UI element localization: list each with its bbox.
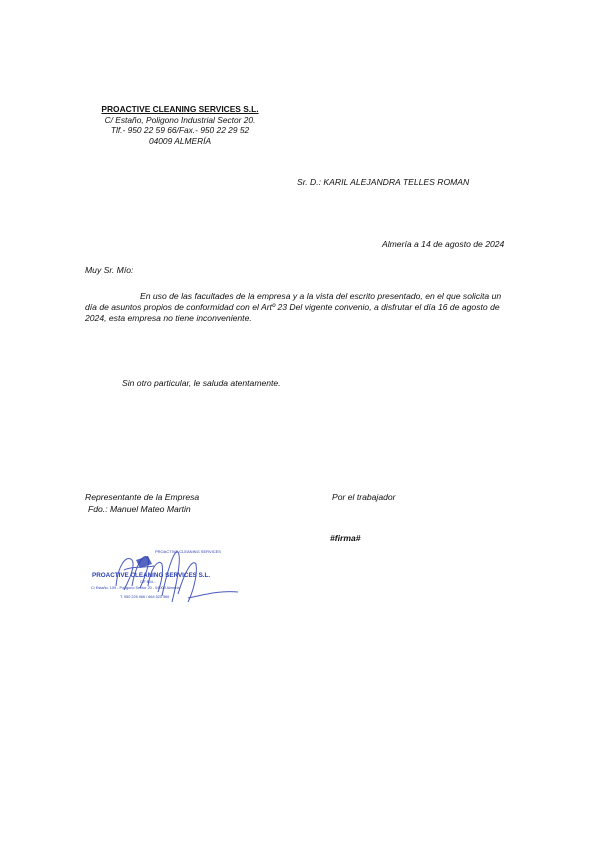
stamp-address: C/ Estaño, 109 - Polígono Sector 20 - 04… [91, 586, 180, 590]
salutation: Muy Sr. Mío: [85, 265, 133, 276]
company-representative-label: Representante de la Empresa [85, 492, 199, 503]
stamp-logo-text: PROACTIVE CLEANING SERVICES [155, 550, 221, 555]
sender-block: PROACTIVE CLEANING SERVICES S.L. C/ Esta… [80, 104, 280, 146]
stamp-company: PROACTIVE CLEANING SERVICES S.L. [92, 572, 210, 579]
company-stamp: PROACTIVE CLEANING SERVICES PROACTIVE CL… [88, 546, 248, 606]
worker-label: Por el trabajador [332, 492, 396, 503]
place-date: Almería a 14 de agosto de 2024 [382, 239, 504, 250]
worker-signature-placeholder: #firma# [330, 533, 361, 544]
sender-address: C/ Estaño, Poligono Industrial Sector 20… [80, 115, 280, 126]
closing: Sin otro particular, le saluda atentamen… [122, 378, 281, 389]
stamp-phones: T. 950 225 966 / 664 520 566 [120, 595, 169, 599]
company-signer: Fdo.: Manuel Mateo Martin [88, 504, 191, 515]
letter-body: En uso de las facultades de la empresa y… [85, 291, 513, 325]
recipient: Sr. D.: KARIL ALEJANDRA TELLES ROMAN [297, 177, 469, 188]
stamp-cif: CIF B04... [140, 580, 156, 584]
sender-phone-fax: Tlf.- 950 22 59 66/Fax.- 950 22 29 52 [80, 125, 280, 136]
sender-postal-city: 04009 ALMERÍA [80, 136, 280, 147]
sender-company: PROACTIVE CLEANING SERVICES S.L. [80, 104, 280, 115]
